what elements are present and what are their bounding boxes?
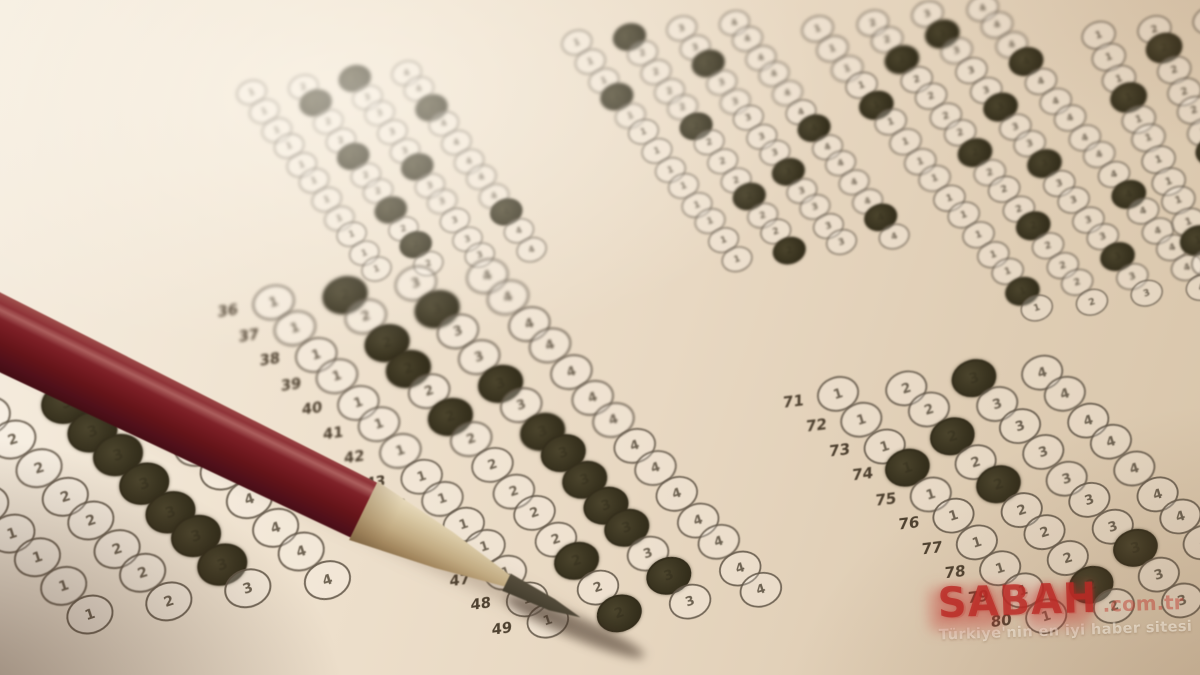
bubble-digit: 3 — [1055, 177, 1064, 189]
bubble-digit: 2 — [969, 454, 982, 471]
bubble-digit: 1 — [394, 442, 407, 459]
bubble-digit: 4 — [427, 102, 436, 114]
bubble-digit: 3 — [1039, 157, 1049, 170]
bubble-digit: 1 — [1193, 233, 1200, 247]
bubble-digit: 4 — [730, 17, 739, 28]
bubble-digit: 2 — [361, 169, 370, 180]
bubble-digit: 4 — [268, 518, 282, 536]
bubble-digit: 2 — [380, 334, 394, 352]
bubble-digit: 1 — [813, 23, 822, 35]
bubble-digit: 1 — [272, 124, 281, 135]
bubble-digit: 1 — [1164, 175, 1174, 188]
bubble-digit: 3 — [991, 396, 1004, 413]
question-number: 37 — [228, 325, 259, 347]
bubble-digit: 3 — [731, 96, 740, 107]
bubble-digit: 1 — [886, 116, 895, 128]
bubble-digit: 3 — [784, 165, 793, 177]
bubble-digit: 2 — [423, 383, 436, 400]
bubble-digit: 2 — [84, 511, 98, 529]
bubble-digit: 2 — [625, 31, 634, 43]
bubble-digit: 1 — [586, 56, 595, 67]
bubble-digit: 1 — [310, 175, 319, 186]
bubble-digit: 4 — [756, 52, 765, 63]
bubble-digit: 2 — [991, 475, 1005, 493]
bubble-digit: 1 — [901, 135, 910, 147]
bubble-digit: 2 — [32, 459, 46, 477]
bubble-digit: 1 — [1003, 265, 1012, 277]
bubble-digit: 1 — [599, 75, 608, 86]
bubble-digit: 2 — [665, 85, 674, 96]
bubble-digit: 1 — [871, 99, 881, 112]
bubble-digit: 2 — [985, 166, 994, 178]
bubble-digit: 4 — [1058, 385, 1071, 402]
bubble-digit: 4 — [1128, 460, 1141, 477]
bubble-digit: 3 — [1084, 214, 1093, 226]
sabah-domain-text: .com.tr — [1102, 590, 1184, 617]
bubble-digit: 4 — [501, 289, 514, 306]
bubble-digit: 1 — [924, 486, 937, 503]
bubble-digit: 2 — [1015, 502, 1028, 519]
bubble-digit: 1 — [260, 105, 269, 116]
bubble-digit: 2 — [399, 223, 408, 234]
bubble-digit: 2 — [1028, 219, 1038, 232]
bubble-digit: 3 — [967, 64, 976, 76]
bubble-digit: 1 — [1104, 50, 1114, 63]
bubble-digit: 4 — [692, 512, 705, 529]
bubble-digit: 4 — [477, 171, 486, 182]
bubble-digit: 2 — [744, 190, 753, 202]
bubble-digit: 2 — [638, 47, 647, 58]
bubble-digit: 1 — [706, 215, 715, 226]
bubble-digit: 4 — [452, 137, 461, 148]
bubble-digit: 3 — [473, 349, 486, 366]
bubble-digit: 3 — [1098, 230, 1107, 242]
bubble-digit: 2 — [900, 379, 913, 396]
bubble-digit: 3 — [1025, 137, 1034, 149]
bubble-digit: 2 — [6, 430, 20, 448]
question-number: 73 — [820, 440, 850, 462]
bubble-digit: 3 — [137, 474, 152, 493]
bubble-digit: 2 — [348, 150, 357, 162]
bubble-digit: 1 — [692, 199, 701, 210]
question-number: 77 — [912, 537, 942, 559]
bubble-digit: 4 — [734, 560, 747, 577]
bubble-digit: 4 — [754, 582, 767, 599]
bubble-digit: 2 — [374, 185, 383, 196]
bubble-digit: 1 — [947, 507, 960, 524]
bubble-digit: 1 — [5, 524, 19, 542]
bubble-digit: 1 — [572, 36, 581, 47]
bubble-digit: 2 — [882, 33, 891, 45]
bubble-digit: 3 — [744, 112, 753, 123]
bubble-digit: 3 — [703, 57, 712, 69]
bubble-digit: 1 — [900, 459, 914, 477]
bubble-digit: 4 — [670, 486, 683, 503]
bubble-digit: 3 — [967, 369, 981, 387]
bubble-digit: 4 — [414, 83, 423, 94]
bubble-digit: 4 — [481, 268, 494, 285]
bubble-digit: 2 — [912, 73, 921, 85]
bubble-digit: 3 — [757, 131, 766, 142]
bubble-digit: 4 — [743, 33, 752, 44]
bubble-digit: 4 — [992, 19, 1001, 31]
bubble-digit: 2 — [359, 308, 372, 325]
bubble-digit: 4 — [439, 118, 448, 129]
bubble-digit: 4 — [978, 2, 987, 14]
bubble-digit: 4 — [796, 106, 805, 117]
bubble-digit: 3 — [1106, 518, 1119, 535]
bubble-digit: 2 — [444, 408, 458, 426]
bubble-digit: 2 — [324, 116, 333, 127]
bubble-digit: 1 — [945, 192, 954, 204]
bubble-digit: 2 — [732, 174, 741, 185]
bubble-digit: 2 — [1179, 85, 1189, 98]
bubble-digit: 2 — [612, 605, 626, 623]
bubble-digit: 3 — [188, 526, 203, 545]
bubble-digit: 3 — [1060, 470, 1073, 487]
bubble-digit: 4 — [1036, 75, 1045, 87]
bubble-digit: 2 — [758, 209, 767, 220]
bubble-digit: 3 — [599, 497, 613, 515]
bubble-digit: 1 — [828, 42, 837, 54]
bubble-digit: 1 — [1134, 113, 1144, 126]
bubble-digit: 4 — [1080, 132, 1089, 144]
bubble-digit: 3 — [409, 275, 422, 292]
bubble-digit: 2 — [705, 136, 714, 147]
bubble-digit: 2 — [135, 563, 149, 581]
bubble-digit: 2 — [922, 401, 935, 418]
bubble-digit: 3 — [426, 180, 435, 191]
bubble-digit: 3 — [363, 91, 372, 102]
bubble-digit: 1 — [639, 126, 648, 137]
bubble-digit: 3 — [450, 214, 459, 225]
bubble-digit: 3 — [1069, 194, 1078, 206]
bubble-digit: 2 — [941, 110, 950, 122]
bubble-digit: 1 — [652, 145, 661, 156]
bubble-digit: 2 — [337, 135, 346, 146]
bubble-digit: 2 — [507, 483, 520, 500]
question-number: 74 — [843, 464, 873, 486]
bubble-digit: 3 — [1083, 491, 1096, 508]
bubble-digit: 2 — [784, 244, 793, 256]
bubble-digit: 1 — [285, 140, 294, 151]
bubble-digit: 2 — [945, 427, 959, 445]
bubble-digit: 1 — [30, 548, 44, 566]
bubble-digit: 2 — [162, 592, 176, 610]
bubble-digit: 4 — [628, 438, 641, 455]
bubble-digit: 3 — [952, 44, 961, 56]
bubble-digit: 2 — [465, 430, 478, 447]
bubble-digit: 3 — [413, 161, 422, 173]
bubble-digit: 1 — [842, 62, 851, 74]
bubble-digit: 1 — [1094, 29, 1104, 42]
bubble-digit: 2 — [970, 146, 980, 159]
bubble-digit: 1 — [626, 110, 635, 121]
bubble-digit: 2 — [338, 286, 352, 304]
bubble-digit: 4 — [565, 363, 578, 380]
bubble-digit: 4 — [1035, 364, 1048, 381]
bubble-digit: 3 — [1037, 444, 1050, 461]
bubble-digit: 1 — [989, 248, 998, 260]
watermark-logo-line: SABAH .com.tr — [937, 575, 1200, 624]
bubble-digit: 1 — [372, 416, 385, 433]
bubble-digit: 4 — [1007, 39, 1016, 51]
bubble-digit: 1 — [878, 438, 891, 455]
bubble-digit: 3 — [350, 72, 359, 84]
bubble-digit: 3 — [556, 444, 570, 462]
bubble-digit: 3 — [438, 196, 447, 207]
bubble-digit: 2 — [110, 539, 124, 557]
bubble-digit: 2 — [570, 552, 584, 570]
bubble-digit: 2 — [528, 505, 541, 522]
bubble-digit: 3 — [85, 421, 100, 440]
bubble-digit: 3 — [717, 77, 726, 88]
bubble-digit: 3 — [451, 323, 464, 340]
bubble-digit: 4 — [1051, 95, 1060, 107]
bubble-digit: 2 — [1043, 239, 1052, 251]
bubble-digit: 2 — [486, 457, 499, 474]
bubble-digit: 2 — [999, 183, 1008, 195]
bubble-digit: 4 — [1104, 433, 1117, 450]
bubble-digit: 1 — [959, 209, 968, 221]
question-number: 36 — [207, 300, 238, 322]
bubble-digit: 2 — [691, 120, 700, 132]
bubble-digit: 2 — [299, 81, 308, 92]
bubble-digit: 1 — [1123, 90, 1134, 104]
bubble-digit: 4 — [523, 315, 536, 332]
bubble-digit: 3 — [691, 41, 700, 52]
bubble-digit: 1 — [1173, 193, 1183, 206]
bubble-digit: 3 — [401, 145, 410, 156]
bubble-digit: 1 — [994, 560, 1007, 577]
bubble-digit: 2 — [386, 204, 395, 216]
bubble-digit: 2 — [1189, 103, 1199, 116]
bubble-digit: 2 — [311, 97, 320, 109]
bubble-digit: 1 — [57, 576, 71, 594]
bubble-digit: 4 — [502, 206, 511, 218]
bubble-digit: 3 — [620, 519, 634, 537]
bubble-digit: 4 — [320, 571, 334, 589]
bubble-digit: 2 — [1159, 41, 1170, 55]
bubble-digit: 3 — [494, 375, 508, 393]
bubble-digit: 4 — [1021, 55, 1031, 68]
bubble-digit: 2 — [868, 17, 877, 29]
bubble-digit: 2 — [1014, 203, 1023, 215]
bubble-digit: 3 — [241, 579, 255, 597]
bubble-digit: 4 — [294, 542, 308, 560]
bubble-digit: 3 — [770, 147, 779, 158]
bubble-digit: 2 — [549, 531, 562, 548]
bubble-digit: 3 — [810, 201, 819, 212]
bubble-digit: 2 — [718, 155, 727, 166]
bubble-digit: 1 — [831, 385, 844, 402]
bubble-digit: 4 — [1151, 486, 1164, 503]
bubble-digit: 1 — [1143, 131, 1153, 144]
bubble-digit: 1 — [916, 155, 925, 167]
bubble-digit: 3 — [110, 445, 125, 464]
bubble-digit: 3 — [375, 107, 384, 118]
answer-sheet-photo: 1234123412341234123412341234123412341234… — [0, 0, 1200, 675]
bubble-digit: 2 — [652, 66, 661, 77]
bubble-digit: 3 — [578, 471, 592, 489]
question-number: 76 — [889, 513, 919, 535]
bubble-digit: 3 — [536, 423, 550, 441]
question-number: 71 — [773, 391, 803, 413]
bubble-digit: 2 — [1061, 550, 1074, 567]
bubble-digit: 3 — [430, 301, 444, 319]
bubble-digit: 2 — [1169, 63, 1179, 76]
bubble-digit: 2 — [1038, 523, 1051, 540]
bubble-digit: 4 — [490, 190, 499, 201]
bubble-digit: 1 — [970, 534, 983, 551]
bubble-digit: 4 — [465, 155, 474, 166]
bubble-digit: 4 — [1174, 508, 1187, 525]
bubble-digit: 1 — [1154, 153, 1164, 166]
bubble-digit: 3 — [684, 593, 697, 610]
bubble-digit: 2 — [58, 487, 72, 505]
bubble-digit: 4 — [1065, 112, 1074, 124]
bubble-digit: 3 — [1011, 121, 1020, 133]
bubble-digit: 1 — [612, 90, 621, 102]
bubble-digit: 2 — [897, 53, 907, 66]
bubble-digit: 1 — [267, 294, 280, 311]
bubble-digit: 2 — [411, 238, 420, 250]
bubble-digit: 1 — [974, 229, 983, 241]
bubble-digit: 4 — [769, 68, 778, 79]
bubble-digit: 1 — [335, 213, 344, 224]
bubble-digit: 3 — [797, 185, 806, 196]
bubble-digit: 3 — [163, 502, 178, 521]
bubble-digit: 4 — [586, 390, 599, 407]
bubble-digit: 2 — [1087, 296, 1096, 308]
bubble-digit: 1 — [857, 79, 866, 91]
bubble-digit: 1 — [347, 228, 356, 239]
question-number: 75 — [866, 488, 896, 510]
bubble-digit: 1 — [360, 247, 369, 258]
bubble-digit: 4 — [544, 337, 557, 354]
bubble-digit: 3 — [662, 567, 676, 585]
bubble-digit: 4 — [514, 225, 523, 236]
bubble-digit: 1 — [322, 194, 331, 205]
bubble-digit: 1 — [247, 86, 256, 97]
bubble-digit: 4 — [649, 459, 662, 476]
bubble-digit: 3 — [515, 397, 528, 414]
bubble-digit: 3 — [982, 84, 991, 96]
bubble-digit: 3 — [937, 27, 947, 40]
bubble-digit: 2 — [401, 360, 415, 378]
bubble-digit: 2 — [1072, 276, 1081, 288]
question-number: 72 — [797, 415, 827, 437]
bubble-digit: 1 — [930, 172, 939, 184]
bubble-digit: 1 — [288, 320, 301, 337]
bubble-digit: 4 — [1082, 412, 1095, 429]
bubble-digit: 3 — [215, 554, 230, 573]
sabah-watermark: SABAH .com.tr Türkiye'nin en iyi haber s… — [937, 575, 1200, 643]
bubble-digit: 1 — [666, 164, 675, 175]
bubble-digit: 3 — [923, 8, 932, 20]
bubble-digit: 3 — [677, 22, 686, 33]
bubble-digit: 3 — [388, 126, 397, 137]
bubble-digit: 1 — [679, 180, 688, 191]
bubble-digit: 2 — [926, 90, 935, 102]
sabah-logo-text: SABAH — [937, 577, 1098, 624]
bubble-digit: 3 — [996, 100, 1006, 113]
bubble-digit: 1 — [1017, 285, 1027, 298]
bubble-digit: 2 — [678, 101, 687, 112]
bubble-digit: 1 — [415, 469, 428, 486]
bubble-digit: 4 — [783, 87, 792, 98]
bubble-digit: 4 — [607, 411, 620, 428]
bubble-digit: 3 — [1013, 417, 1026, 434]
bubble-digit: 3 — [642, 545, 655, 562]
bubble-digit: 1 — [372, 263, 381, 274]
bubble-digit: 4 — [712, 534, 725, 551]
bubble-digit: 3 — [463, 233, 472, 244]
bubble-digit: 2 — [1058, 259, 1067, 271]
bubble-digit: 3 — [1128, 539, 1142, 557]
bubble-digit: 1 — [855, 411, 868, 428]
bubble-digit: 1 — [297, 159, 306, 170]
bubble-digit: 2 — [771, 225, 780, 236]
bubble-digit: 1 — [83, 605, 97, 623]
bubble-digit: 4 — [402, 67, 411, 78]
bubble-digit: 2 — [955, 126, 964, 138]
bubble-digit: 1 — [1032, 302, 1041, 314]
